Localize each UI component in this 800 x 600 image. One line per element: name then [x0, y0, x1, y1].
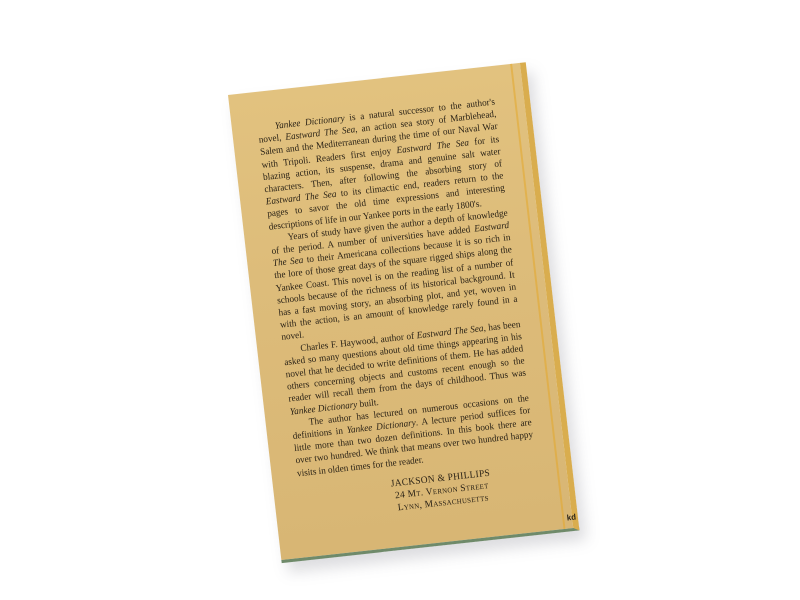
- jacket-blurb: Yankee Dictionary is a natural successor…: [257, 96, 535, 480]
- book-back-cover: Yankee Dictionary is a natural successor…: [228, 62, 579, 563]
- spine-label: kd: [566, 512, 576, 522]
- publisher-imprint: JACKSON & PHILLIPS 24 Mt. Vernon Street …: [390, 468, 493, 515]
